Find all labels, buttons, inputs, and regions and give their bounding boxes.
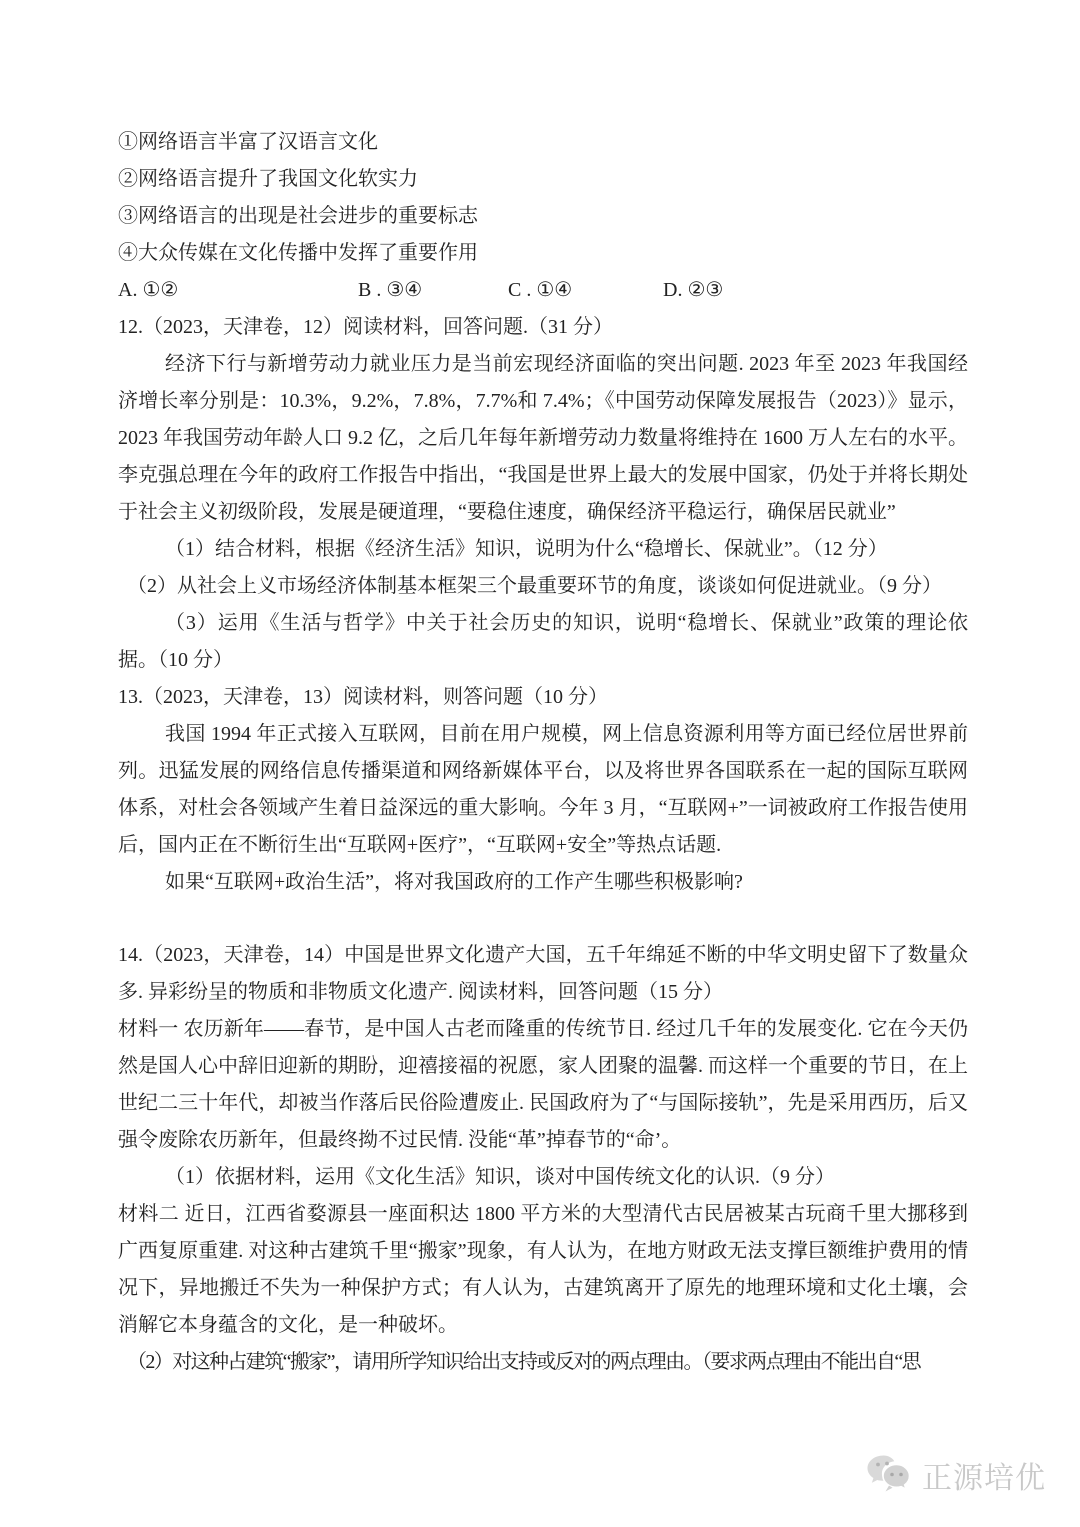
statement-4: ④大众传媒在文化传播中发挥了重要作用 (118, 235, 968, 272)
question-12-sub2: （2）从社会上义市场经济体制基本框架三个最重要环节的角度，谈谈如何促进就业。（9… (118, 568, 968, 605)
choice-d: D. ②③ (663, 272, 723, 309)
choice-b: B . ③④ (358, 272, 508, 309)
watermark-label: 正源培优 (922, 1453, 1046, 1497)
question-14-sub2: （2）对这种占建筑“搬家”，请用所学知识给出支持或反对的两点理由。（要求两点理由… (118, 1344, 968, 1381)
question-14-intro: 14.（2023，天津卷，14）中国是世界文化遗产大国，五千年绵延不断的中华文明… (118, 937, 968, 1011)
question-14-material1: 材料一 农历新年——春节，是中国人古老而隆重的传统节日. 经过几千年的发展变化.… (118, 1011, 968, 1159)
exam-page: ①网络语言半富了汉语言文化 ②网络语言提升了我国文化软实力 ③网络语言的出现是社… (0, 0, 1080, 1527)
question-12-header: 12.（2023，天津卷，12）阅读材料，回答问题.（31 分） (118, 309, 968, 346)
question-12-sub1: （1）结合材料，根据《经济生活》知识，说明为什么“稳增长、保就业”。（12 分） (118, 531, 968, 568)
question-14-sub1: （1）依据材料，运用《文化生活》知识，谈对中国传统文化的认识.（9 分） (118, 1159, 968, 1196)
question-13-material: 我国 1994 年正式接入互联网，目前在用户规模，网上信息资源利用等方面已经位居… (118, 716, 968, 864)
question-13-header: 13.（2023，天津卷，13）阅读材料，则答问题（10 分） (118, 679, 968, 716)
question-12-sub3: （3）运用《生活与哲学》中关于社会历史的知识，说明“稳增长、保就业”政策的理论依… (118, 605, 968, 679)
question-12-material: 经济下行与新增劳动力就业压力是当前宏现经济面临的突出问题. 2023 年至 20… (118, 346, 968, 531)
statement-2: ②网络语言提升了我国文化软实力 (118, 161, 968, 198)
choice-c: C . ①④ (508, 272, 663, 309)
page-content: ①网络语言半富了汉语言文化 ②网络语言提升了我国文化软实力 ③网络语言的出现是社… (118, 124, 968, 1381)
watermark: 正源培优 (862, 1450, 1046, 1500)
question-13-question: 如果“互联网+政治生活”，将对我国政府的工作产生哪些积极影响? (118, 864, 968, 901)
choice-row: A. ①② B . ③④ C . ①④ D. ②③ (118, 272, 968, 309)
choice-a: A. ①② (118, 272, 358, 309)
question-14-material2: 材料二 近日，江西省婺源县一座面积达 1800 平方米的大型清代古民居被某古玩商… (118, 1196, 968, 1344)
statement-1: ①网络语言半富了汉语言文化 (118, 124, 968, 161)
wechat-icon (862, 1453, 914, 1497)
statement-3: ③网络语言的出现是社会进步的重要标志 (118, 198, 968, 235)
